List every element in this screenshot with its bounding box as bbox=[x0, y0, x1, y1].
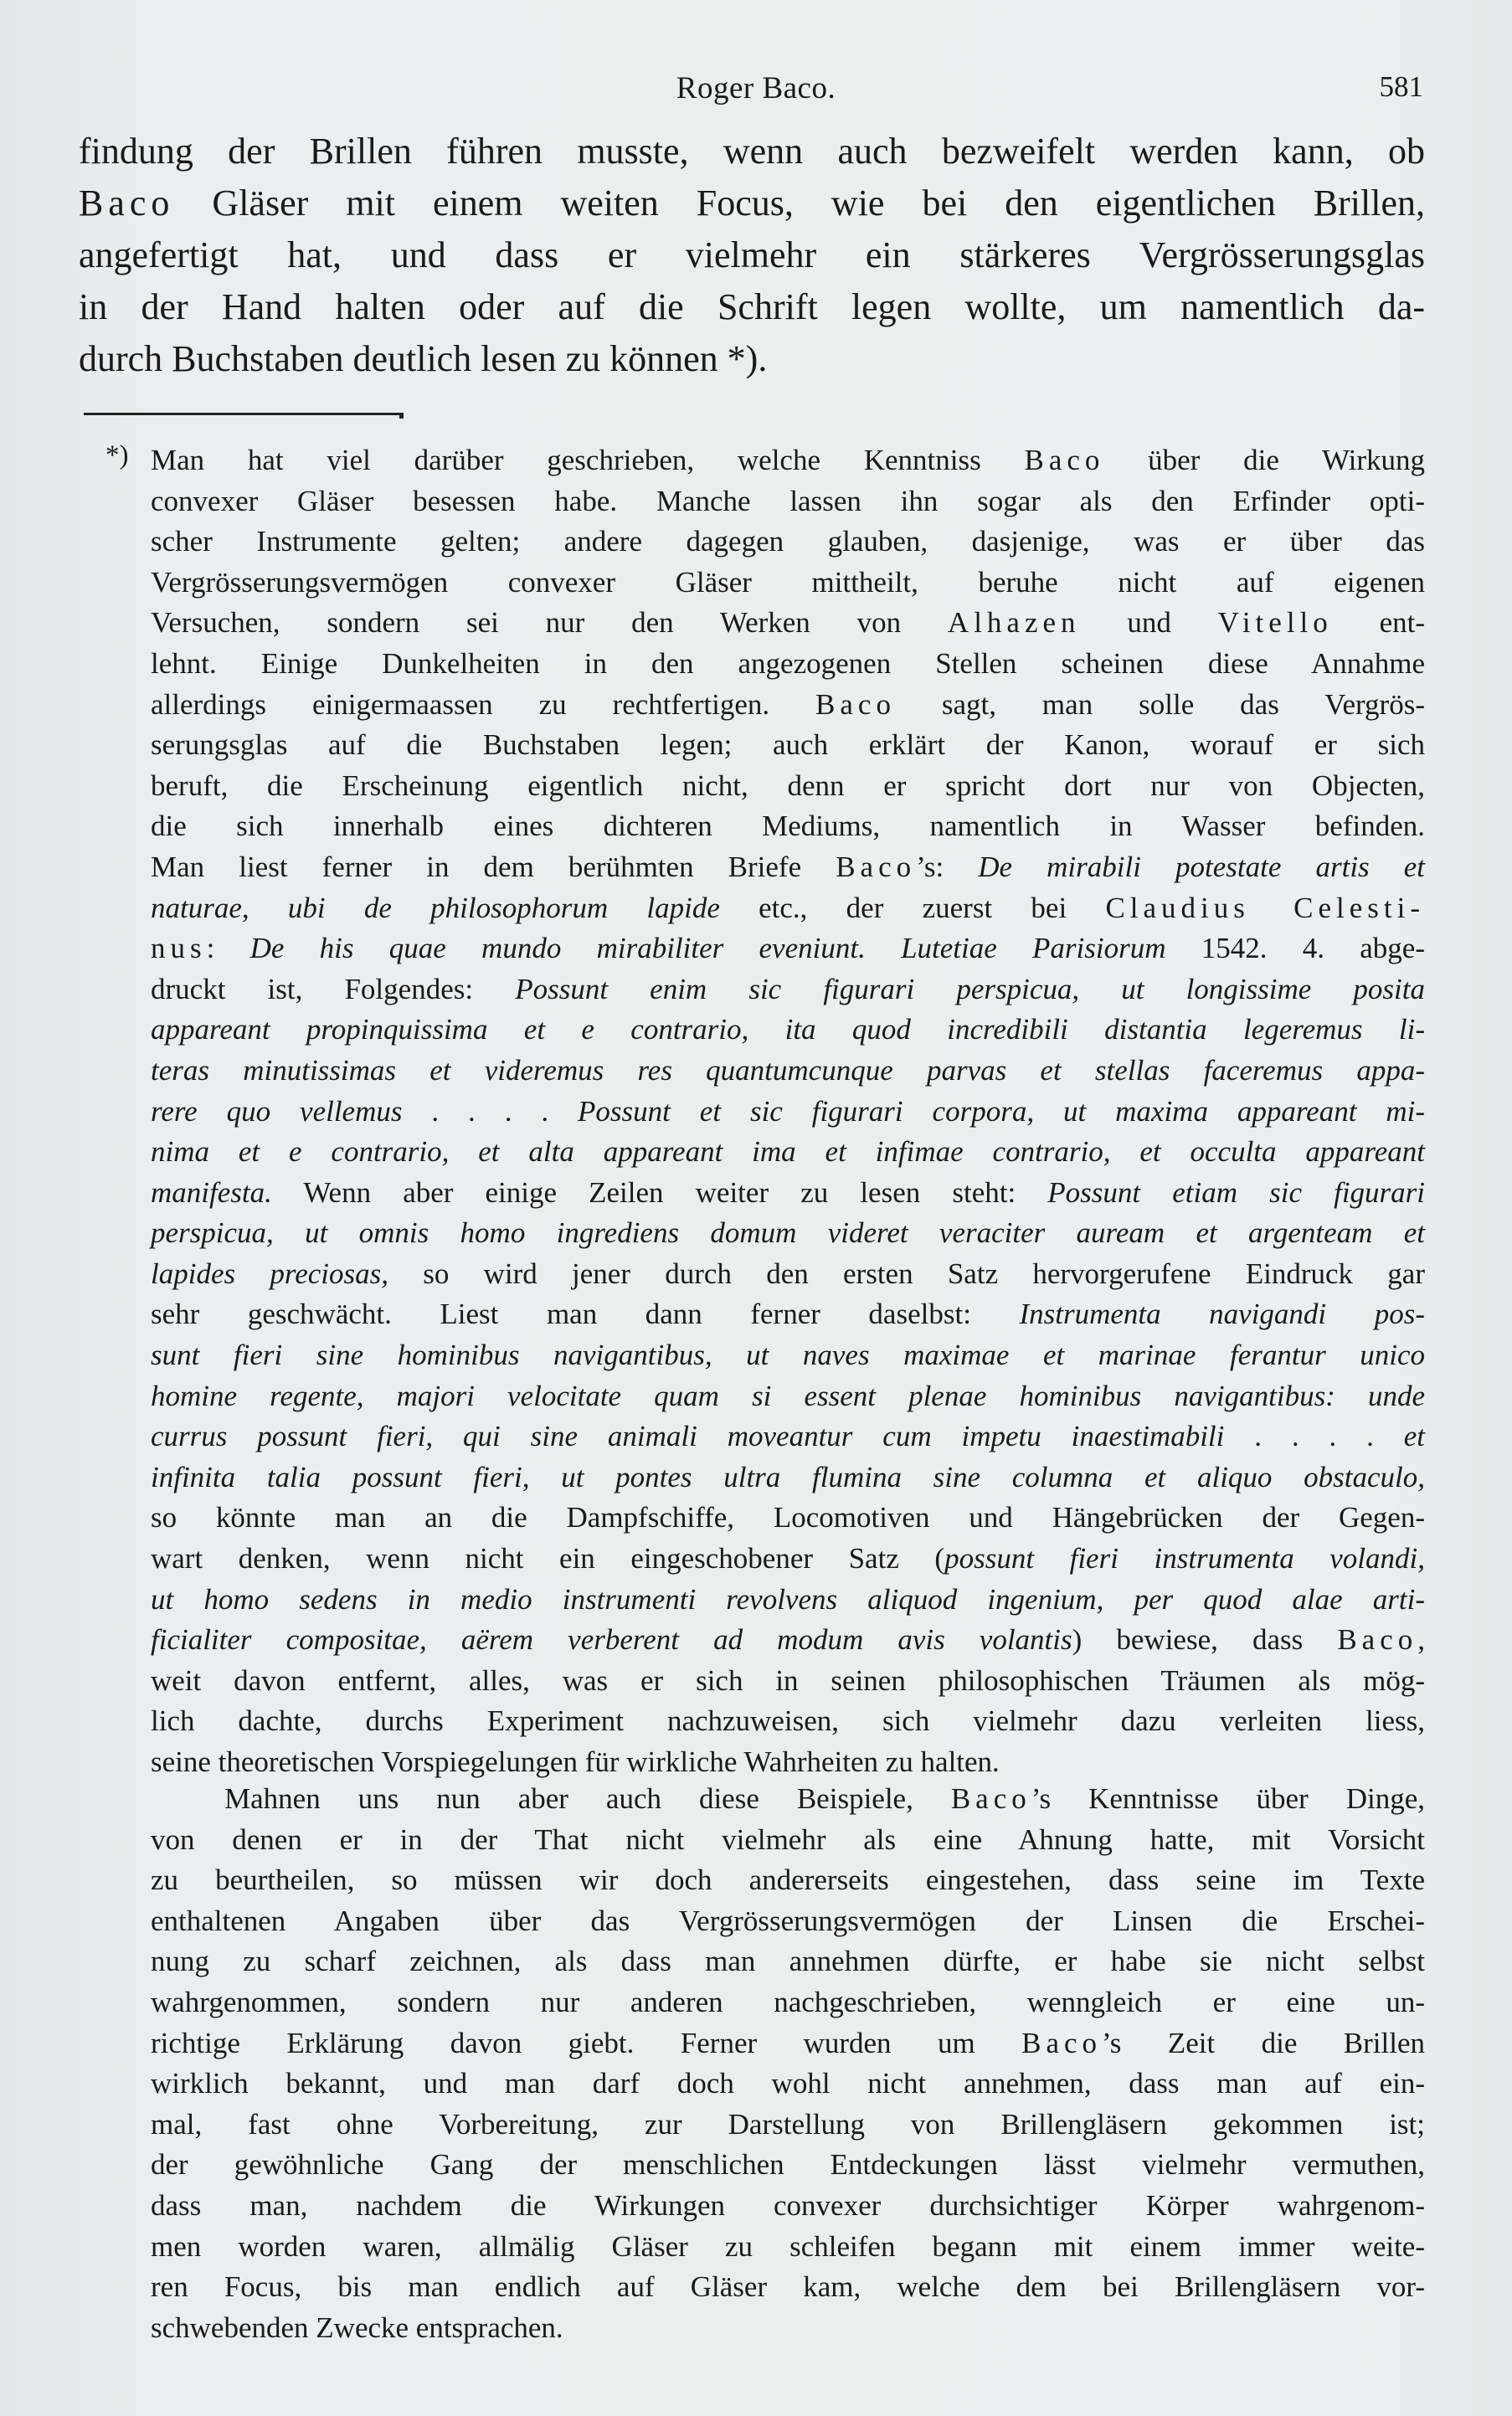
spaced-name: Baco bbox=[1025, 444, 1105, 476]
italic-latin-quote: Possunt et sic figurari corpora, ut maxi… bbox=[578, 1095, 1425, 1128]
spaced-name: Baco bbox=[1021, 2027, 1102, 2059]
text-line: Vergrösserungsvermögen convexer Gläser m… bbox=[109, 563, 1425, 604]
text-line: nus: De his quae mundo mirabiliter eveni… bbox=[109, 928, 1425, 969]
text-run: weit davon entfernt, alles, was er sich … bbox=[151, 1664, 1425, 1697]
footnote-marker: *) bbox=[105, 440, 129, 471]
text-run: druckt ist, Folgendes: bbox=[151, 973, 515, 1005]
text-run: scher Instrumente gelten; andere dagegen… bbox=[151, 525, 1425, 558]
italic-latin-quote: ut homo sedens in medio instrumenti revo… bbox=[151, 1583, 1425, 1616]
text-line: wart denken, wenn nicht ein eingeschoben… bbox=[109, 1539, 1425, 1580]
text-run: : bbox=[207, 932, 250, 964]
text-line: Man liest ferner in dem berühmten Briefe… bbox=[109, 847, 1425, 888]
text-run: Vergrösserungsvermögen convexer Gläser m… bbox=[151, 566, 1425, 599]
text-run: ’s: bbox=[916, 851, 978, 883]
text-line: manifesta. Wenn aber einige Zeilen weite… bbox=[109, 1173, 1425, 1214]
italic-latin-quote: ficialiter compositae, aërem verberent a… bbox=[151, 1623, 1072, 1656]
text-run: lehnt. Einige Dunkelheiten in den angezo… bbox=[151, 647, 1425, 680]
italic-latin-quote: lapides preciosas, bbox=[151, 1257, 388, 1290]
text-line: sunt fieri sine hominibus navigantibus, … bbox=[109, 1335, 1425, 1376]
text-run: richtige Erklärung davon giebt. Ferner w… bbox=[151, 2027, 1021, 2059]
text-line: wirklich bekannt, und man darf doch wohl… bbox=[151, 2064, 1425, 2105]
text-run: so könnte man an die Dampfschiffe, Locom… bbox=[151, 1501, 1425, 1534]
text-run: beruft, die Erscheinung eigentlich nicht… bbox=[151, 769, 1425, 802]
italic-latin-quote: De mirabili potestate artis et bbox=[978, 851, 1425, 883]
text-run: schwebenden Zwecke entsprachen. bbox=[151, 2311, 563, 2344]
book-page: Roger Baco. 581 findung der Brillen führ… bbox=[0, 0, 1512, 2416]
text-line: dass man, nachdem die Wirkungen convexer… bbox=[151, 2186, 1425, 2227]
text-line: men worden waren, allmälig Gläser zu sch… bbox=[151, 2227, 1425, 2268]
text-line: lapides preciosas, so wird jener durch d… bbox=[109, 1254, 1425, 1295]
page-number: 581 bbox=[1380, 70, 1424, 104]
text-line: currus possunt fieri, qui sine animali m… bbox=[109, 1416, 1425, 1457]
text-line: mal, fast ohne Vorbereitung, zur Darstel… bbox=[151, 2105, 1425, 2146]
text-run: ’s Zeit die Brillen bbox=[1102, 2027, 1425, 2059]
spaced-name: Alhazen bbox=[948, 606, 1081, 639]
text-run: zu beurtheilen, so müssen wir doch ander… bbox=[151, 1863, 1425, 1896]
text-line: lich dachte, durchs Experiment nachzuwei… bbox=[109, 1701, 1425, 1742]
text-run: 1542. 4. abge- bbox=[1166, 932, 1425, 964]
text-run: men worden waren, allmälig Gläser zu sch… bbox=[151, 2230, 1425, 2263]
italic-latin-quote: Instrumenta navigandi pos- bbox=[1019, 1298, 1425, 1330]
text-line: richtige Erklärung davon giebt. Ferner w… bbox=[151, 2023, 1425, 2064]
text-run: von denen er in der That nicht vielmehr … bbox=[151, 1823, 1425, 1856]
italic-latin-quote: De his quae mundo mirabiliter eveniunt. … bbox=[250, 932, 1166, 964]
text-line: sehr geschwächt. Liest man dann ferner d… bbox=[109, 1294, 1425, 1335]
text-line: Mahnen uns nun aber auch diese Beispiele… bbox=[151, 1779, 1425, 1820]
italic-latin-quote: possunt fieri instrumenta volandi, bbox=[944, 1542, 1425, 1575]
text-run: angefertigt hat, und dass er vielmehr ei… bbox=[79, 234, 1425, 275]
text-line: schwebenden Zwecke entsprachen. bbox=[151, 2308, 1425, 2349]
text-run: wahrgenommen, sondern nur anderen nachge… bbox=[151, 1986, 1425, 2018]
text-line: serungsglas auf die Buchstaben legen; au… bbox=[109, 725, 1425, 766]
text-line: appareant propinquissima et e contrario,… bbox=[109, 1010, 1425, 1051]
text-line: ren Focus, bis man endlich auf Gläser ka… bbox=[151, 2267, 1425, 2308]
text-line: findung der Brillen führen musste, wenn … bbox=[79, 126, 1425, 177]
italic-latin-quote: homine regente, majori velocitate quam s… bbox=[151, 1380, 1425, 1412]
text-line: in der Hand halten oder auf die Schrift … bbox=[79, 281, 1425, 333]
spaced-name: Baco bbox=[79, 182, 174, 224]
footnote-separator-rule bbox=[84, 413, 402, 415]
text-run: Man hat viel darüber geschrieben, welche… bbox=[151, 444, 1025, 476]
text-line: rere quo vellemus . . . . Possunt et sic… bbox=[109, 1092, 1425, 1133]
text-line: homine regente, majori velocitate quam s… bbox=[109, 1376, 1425, 1417]
text-run: mal, fast ohne Vorbereitung, zur Darstel… bbox=[151, 2108, 1425, 2141]
text-line: seine theoretischen Vorspiegelungen für … bbox=[109, 1742, 1425, 1783]
italic-latin-quote: Possunt enim sic figurari perspicua, ut … bbox=[515, 973, 1425, 1005]
text-line: ut homo sedens in medio instrumenti revo… bbox=[109, 1580, 1425, 1621]
text-run: serungsglas auf die Buchstaben legen; au… bbox=[151, 728, 1425, 761]
italic-latin-quote: currus possunt fieri, qui sine animali m… bbox=[151, 1420, 1224, 1452]
text-line: enthaltenen Angaben über das Vergrösseru… bbox=[151, 1901, 1425, 1942]
running-title: Roger Baco. bbox=[0, 70, 1512, 106]
italic-latin-quote: sunt fieri sine hominibus navigantibus, … bbox=[151, 1339, 1425, 1371]
footnote: *) Man hat viel darüber geschrieben, wel… bbox=[109, 440, 1425, 1783]
text-run: Mahnen uns nun aber auch diese Beispiele… bbox=[224, 1782, 951, 1815]
italic-latin-quote: appareant propinquissima et e contrario,… bbox=[151, 1013, 1425, 1046]
text-line: beruft, die Erscheinung eigentlich nicht… bbox=[109, 766, 1425, 807]
text-run: die sich innerhalb eines dichteren Mediu… bbox=[151, 810, 1425, 842]
text-run: sagt, man solle das Vergrös- bbox=[896, 688, 1425, 721]
footnote-body: Man hat viel darüber geschrieben, welche… bbox=[109, 440, 1425, 1783]
text-line: angefertigt hat, und dass er vielmehr ei… bbox=[79, 229, 1425, 281]
text-run: etc., der zuerst bei bbox=[720, 892, 1106, 924]
text-line: wahrgenommen, sondern nur anderen nachge… bbox=[151, 1982, 1425, 2023]
text-line: der gewöhnliche Gang der menschlichen En… bbox=[151, 2145, 1425, 2186]
text-run: in der Hand halten oder auf die Schrift … bbox=[79, 286, 1425, 327]
text-line: teras minutissimas et videremus res quan… bbox=[109, 1051, 1425, 1092]
text-run: . . . . bbox=[1224, 1420, 1403, 1452]
main-text-continuation: findung der Brillen führen musste, wenn … bbox=[79, 126, 1425, 385]
text-line: so könnte man an die Dampfschiffe, Locom… bbox=[109, 1498, 1425, 1539]
text-line: naturae, ubi de philosophorum lapide etc… bbox=[109, 888, 1425, 929]
text-line: durch Buchstaben deutlich lesen zu könne… bbox=[79, 333, 1425, 385]
text-run: , bbox=[1417, 1623, 1425, 1656]
text-run: wirklich bekannt, und man darf doch wohl… bbox=[151, 2067, 1425, 2100]
spaced-name: Baco bbox=[815, 688, 896, 721]
text-line: zu beurtheilen, so müssen wir doch ander… bbox=[151, 1860, 1425, 1901]
text-run: Versuchen, sondern sei nur den Werken vo… bbox=[151, 606, 948, 639]
spaced-name: Vitello bbox=[1218, 606, 1333, 639]
text-run: durch Buchstaben deutlich lesen zu könne… bbox=[79, 338, 767, 379]
text-line: Baco Gläser mit einem weiten Focus, wie … bbox=[79, 177, 1425, 229]
text-run: allerdings einigermaassen zu rechtfertig… bbox=[151, 688, 815, 721]
running-head: Roger Baco. 581 bbox=[0, 70, 1512, 112]
text-run: Gläser mit einem weiten Focus, wie bei d… bbox=[174, 182, 1425, 224]
spaced-name: Baco bbox=[951, 1782, 1031, 1815]
text-run: über die Wirkung bbox=[1104, 444, 1425, 476]
text-run: sehr geschwächt. Liest man dann ferner d… bbox=[151, 1298, 1019, 1330]
spaced-name: Baco bbox=[1337, 1623, 1417, 1656]
text-line: scher Instrumente gelten; andere dagegen… bbox=[109, 522, 1425, 563]
text-line: infinita talia possunt fieri, ut pontes … bbox=[109, 1457, 1425, 1498]
italic-latin-quote: rere quo vellemus bbox=[151, 1095, 402, 1128]
text-run: enthaltenen Angaben über das Vergrösseru… bbox=[151, 1905, 1425, 1937]
text-line: die sich innerhalb eines dichteren Mediu… bbox=[109, 806, 1425, 847]
text-line: Versuchen, sondern sei nur den Werken vo… bbox=[109, 603, 1425, 644]
text-line: nima et e contrario, et alta appareant i… bbox=[109, 1132, 1425, 1173]
text-run: so wird jener durch den ersten Satz herv… bbox=[388, 1257, 1425, 1290]
text-run: wart denken, wenn nicht ein eingeschoben… bbox=[151, 1542, 944, 1575]
italic-latin-quote: manifesta. bbox=[151, 1176, 272, 1209]
text-run: der gewöhnliche Gang der menschlichen En… bbox=[151, 2148, 1425, 2181]
spaced-name: Baco bbox=[836, 851, 916, 883]
italic-latin-quote: infinita talia possunt fieri, ut pontes … bbox=[151, 1461, 1425, 1493]
italic-latin-quote: teras minutissimas et videremus res quan… bbox=[151, 1054, 1425, 1087]
text-run: ent- bbox=[1333, 606, 1425, 639]
italic-latin-quote: nima et e contrario, et alta appareant i… bbox=[151, 1135, 1425, 1168]
text-run: findung der Brillen führen musste, wenn … bbox=[79, 131, 1425, 172]
text-line: Man hat viel darüber geschrieben, welche… bbox=[109, 440, 1425, 481]
text-run: ’s Kenntnisse über Dinge, bbox=[1031, 1782, 1425, 1815]
italic-latin-quote: et bbox=[1404, 1420, 1425, 1452]
italic-latin-quote: naturae, ubi de philosophorum lapide bbox=[151, 892, 720, 924]
text-run: lich dachte, durchs Experiment nachzuwei… bbox=[151, 1704, 1425, 1737]
text-line: convexer Gläser besessen habe. Manche la… bbox=[109, 481, 1425, 522]
text-line: lehnt. Einige Dunkelheiten in den angezo… bbox=[109, 644, 1425, 685]
text-line: von denen er in der That nicht vielmehr … bbox=[151, 1820, 1425, 1861]
text-run: nung zu scharf zeichnen, als dass man an… bbox=[151, 1945, 1425, 1977]
text-run: ren Focus, bis man endlich auf Gläser ka… bbox=[151, 2270, 1425, 2303]
paragraph-main: Mahnen uns nun aber auch diese Beispiele… bbox=[151, 1779, 1425, 2348]
italic-latin-quote: Possunt etiam sic figurari bbox=[1047, 1176, 1425, 1209]
spaced-name: nus bbox=[151, 932, 207, 964]
text-run: und bbox=[1081, 606, 1218, 639]
text-run: Man liest ferner in dem berühmten Briefe bbox=[151, 851, 836, 883]
text-line: perspicua, ut omnis homo ingrediens domu… bbox=[109, 1213, 1425, 1254]
text-line: druckt ist, Folgendes: Possunt enim sic … bbox=[109, 969, 1425, 1010]
text-run: convexer Gläser besessen habe. Manche la… bbox=[151, 485, 1425, 517]
text-line: weit davon entfernt, alles, was er sich … bbox=[109, 1661, 1425, 1702]
text-run: Wenn aber einige Zeilen weiter zu lesen … bbox=[272, 1176, 1047, 1209]
text-line: allerdings einigermaassen zu rechtfertig… bbox=[109, 685, 1425, 726]
text-line: ficialiter compositae, aërem verberent a… bbox=[109, 1620, 1425, 1661]
spaced-name: Claudius Celesti- bbox=[1105, 892, 1425, 924]
text-run: ) bewiese, dass bbox=[1072, 1623, 1338, 1656]
text-run: seine theoretischen Vorspiegelungen für … bbox=[151, 1745, 1000, 1778]
italic-latin-quote: perspicua, ut omnis homo ingrediens domu… bbox=[151, 1216, 1425, 1249]
text-run: dass man, nachdem die Wirkungen convexer… bbox=[151, 2189, 1425, 2222]
text-line: nung zu scharf zeichnen, als dass man an… bbox=[151, 1941, 1425, 1982]
text-run: . . . . bbox=[402, 1095, 578, 1128]
